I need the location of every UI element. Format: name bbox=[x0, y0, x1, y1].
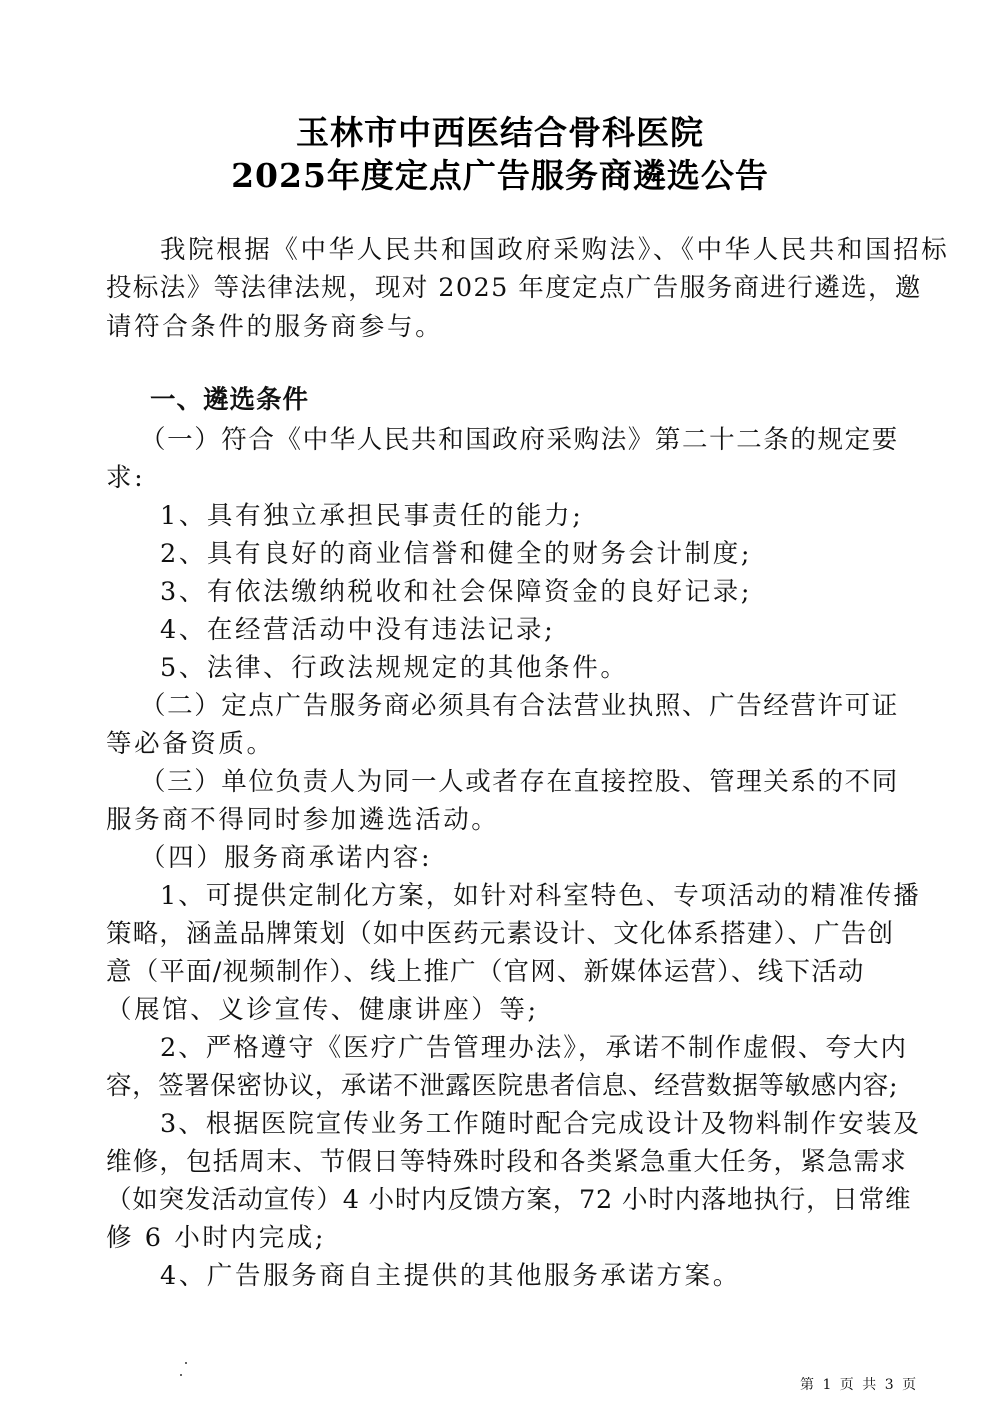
page-number: 第 1 页 共 3 页 bbox=[800, 1374, 918, 1394]
commitment-line: 容，签署保密协议，承诺不泄露医院患者信息、经营数据等敏感内容; bbox=[106, 1066, 898, 1102]
scan-speck bbox=[185, 1362, 187, 1364]
commitment-line: （展馆、义诊宣传、健康讲座）等; bbox=[106, 990, 539, 1026]
commitment-line: 修 6 小时内完成; bbox=[106, 1218, 326, 1254]
clause-line: 等必备资质。 bbox=[106, 724, 275, 760]
clause-line: （一）符合《中华人民共和国政府采购法》第二十二条的规定要 bbox=[140, 420, 899, 456]
list-item: 5、法律、行政法规规定的其他条件。 bbox=[160, 648, 628, 684]
intro-paragraph-line: 请符合条件的服务商参与。 bbox=[106, 307, 443, 343]
commitment-line: （如突发活动宣传）4 小时内反馈方案，72 小时内落地执行，日常维 bbox=[106, 1180, 911, 1216]
commitment-line: 2、严格遵守《医疗广告管理办法》，承诺不制作虚假、夸大内 bbox=[160, 1028, 908, 1064]
clause-line: 求: bbox=[106, 458, 145, 494]
commitment-line: 维修，包括周末、节假日等特殊时段和各类紧急重大任务，紧急需求 bbox=[106, 1142, 907, 1178]
list-item: 3、有依法缴纳税收和社会保障资金的良好记录; bbox=[160, 572, 752, 608]
clause-line: （二）定点广告服务商必须具有合法营业执照、广告经营许可证 bbox=[140, 686, 899, 722]
intro-paragraph-line: 投标法》等法律法规，现对 2025 年度定点广告服务商进行遴选，邀 bbox=[106, 268, 922, 304]
list-item: 4、在经营活动中没有违法记录; bbox=[160, 610, 555, 646]
intro-paragraph-line: 我院根据《中华人民共和国政府采购法》、《中华人民共和国招标 bbox=[160, 230, 949, 266]
section-heading: 一、遴选条件 bbox=[150, 380, 309, 416]
clause-line: （三）单位负责人为同一人或者存在直接控股、管理关系的不同 bbox=[140, 762, 899, 798]
clause-line: 服务商不得同时参加遴选活动。 bbox=[106, 800, 499, 836]
list-item: 1、具有独立承担民事责任的能力; bbox=[160, 496, 583, 532]
commitment-line: 3、根据医院宣传业务工作随时配合完成设计及物料制作安装及 bbox=[160, 1104, 921, 1140]
commitment-line: 1、可提供定制化方案，如针对科室特色、专项活动的精准传播 bbox=[160, 876, 921, 912]
commitment-line: 4、广告服务商自主提供的其他服务承诺方案。 bbox=[160, 1256, 741, 1292]
clause-line: （四）服务商承诺内容: bbox=[140, 838, 432, 874]
commitment-line: 意（平面/视频制作）、线上推广（官网、新媒体运营）、线下活动 bbox=[106, 952, 865, 988]
scan-speck bbox=[180, 1374, 182, 1376]
list-item: 2、具有良好的商业信誉和健全的财务会计制度; bbox=[160, 534, 752, 570]
document-title-line2: 2025年度定点广告服务商遴选公告 bbox=[0, 150, 1000, 197]
commitment-line: 策略，涵盖品牌策划（如中医药元素设计、文化体系搭建）、广告创 bbox=[106, 914, 894, 950]
document-title-line1: 玉林市中西医结合骨科医院 bbox=[0, 107, 1000, 154]
